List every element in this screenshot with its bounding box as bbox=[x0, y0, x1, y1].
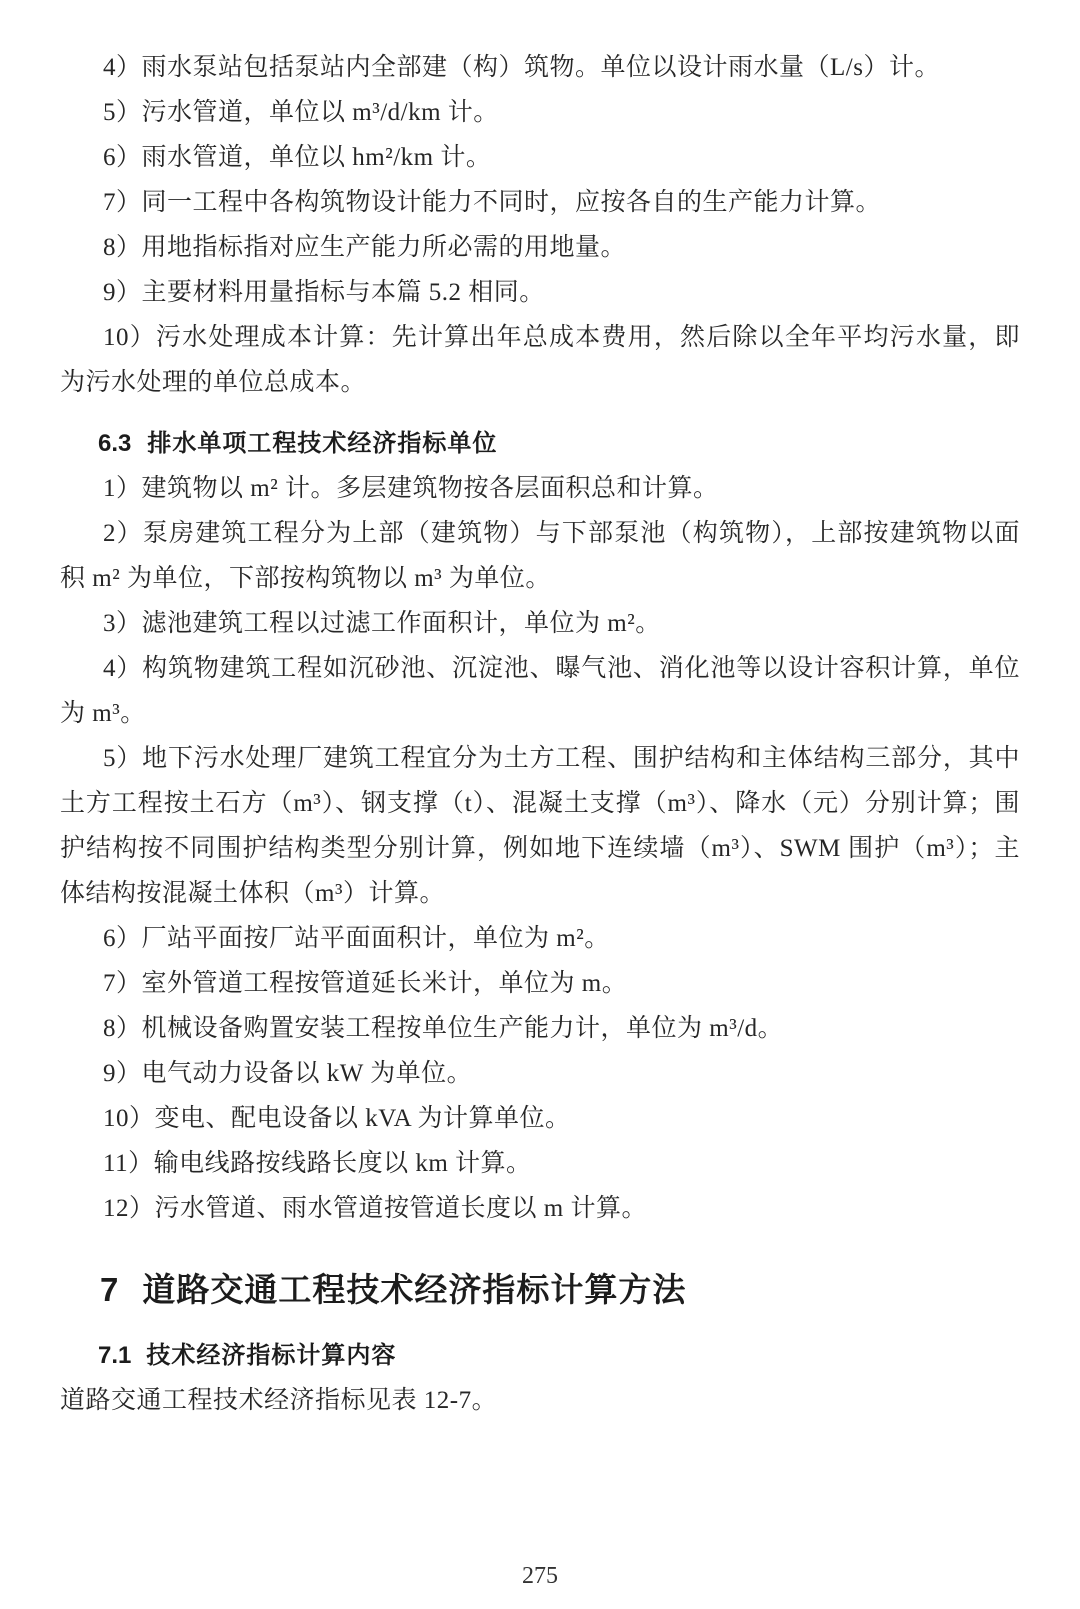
body-paragraph: 道路交通工程技术经济指标见表 12-7。 bbox=[60, 1378, 1020, 1423]
list-item: 6）厂站平面按厂站平面面积计，单位为 m²。 bbox=[60, 916, 1020, 961]
list-item: 9）电气动力设备以 kW 为单位。 bbox=[60, 1051, 1020, 1096]
list-item: 10）变电、配电设备以 kVA 为计算单位。 bbox=[60, 1096, 1020, 1141]
list-item: 3）滤池建筑工程以过滤工作面积计，单位为 m²。 bbox=[60, 601, 1020, 646]
list-item: 6）雨水管道，单位以 hm²/km 计。 bbox=[60, 135, 1020, 180]
list-item: 8）机械设备购置安装工程按单位生产能力计，单位为 m³/d。 bbox=[60, 1006, 1020, 1051]
list-item: 8）用地指标指对应生产能力所必需的用地量。 bbox=[60, 225, 1020, 270]
document-page: 4）雨水泵站包括泵站内全部建（构）筑物。单位以设计雨水量（L/s）计。 5）污水… bbox=[0, 0, 1080, 1609]
list-item: 5）污水管道，单位以 m³/d/km 计。 bbox=[60, 90, 1020, 135]
section-title: 排水单项工程技术经济指标单位 bbox=[147, 430, 497, 457]
list-item: 7）室外管道工程按管道延长米计，单位为 m。 bbox=[60, 961, 1020, 1006]
list-item: 4）雨水泵站包括泵站内全部建（构）筑物。单位以设计雨水量（L/s）计。 bbox=[60, 45, 1020, 90]
list-item: 7）同一工程中各构筑物设计能力不同时，应按各自的生产能力计算。 bbox=[60, 180, 1020, 225]
list-item: 9）主要材料用量指标与本篇 5.2 相同。 bbox=[60, 270, 1020, 315]
list-item: 1）建筑物以 m² 计。多层建筑物按各层面积总和计算。 bbox=[60, 466, 1020, 511]
list-item: 5）地下污水处理厂建筑工程宜分为土方工程、围护结构和主体结构三部分，其中土方工程… bbox=[60, 736, 1020, 916]
list-item: 2）泵房建筑工程分为上部（建筑物）与下部泵池（构筑物），上部按建筑物以面积 m²… bbox=[60, 511, 1020, 601]
chapter-number: 7 bbox=[100, 1271, 118, 1308]
section-6-3-list: 1）建筑物以 m² 计。多层建筑物按各层面积总和计算。 2）泵房建筑工程分为上部… bbox=[60, 466, 1020, 1231]
chapter-title: 道路交通工程技术经济指标计算方法 bbox=[142, 1271, 686, 1308]
section-7-1-heading: 7.1技术经济指标计算内容 bbox=[60, 1333, 1020, 1378]
section-6-3-heading: 6.3排水单项工程技术经济指标单位 bbox=[60, 421, 1020, 466]
section-number: 6.3 bbox=[98, 430, 131, 457]
section-6-2-list-continued: 4）雨水泵站包括泵站内全部建（构）筑物。单位以设计雨水量（L/s）计。 5）污水… bbox=[60, 45, 1020, 405]
list-item: 4）构筑物建筑工程如沉砂池、沉淀池、曝气池、消化池等以设计容积计算，单位为 m³… bbox=[60, 646, 1020, 736]
list-item: 11）输电线路按线路长度以 km 计算。 bbox=[60, 1141, 1020, 1186]
page-number: 275 bbox=[0, 1562, 1080, 1590]
list-item: 12）污水管道、雨水管道按管道长度以 m 计算。 bbox=[60, 1186, 1020, 1231]
list-item: 10）污水处理成本计算：先计算出年总成本费用，然后除以全年平均污水量，即为污水处… bbox=[60, 315, 1020, 405]
section-title: 技术经济指标计算内容 bbox=[146, 1342, 396, 1369]
chapter-7-heading: 7道路交通工程技术经济指标计算方法 bbox=[60, 1265, 1020, 1315]
section-number: 7.1 bbox=[98, 1342, 131, 1369]
